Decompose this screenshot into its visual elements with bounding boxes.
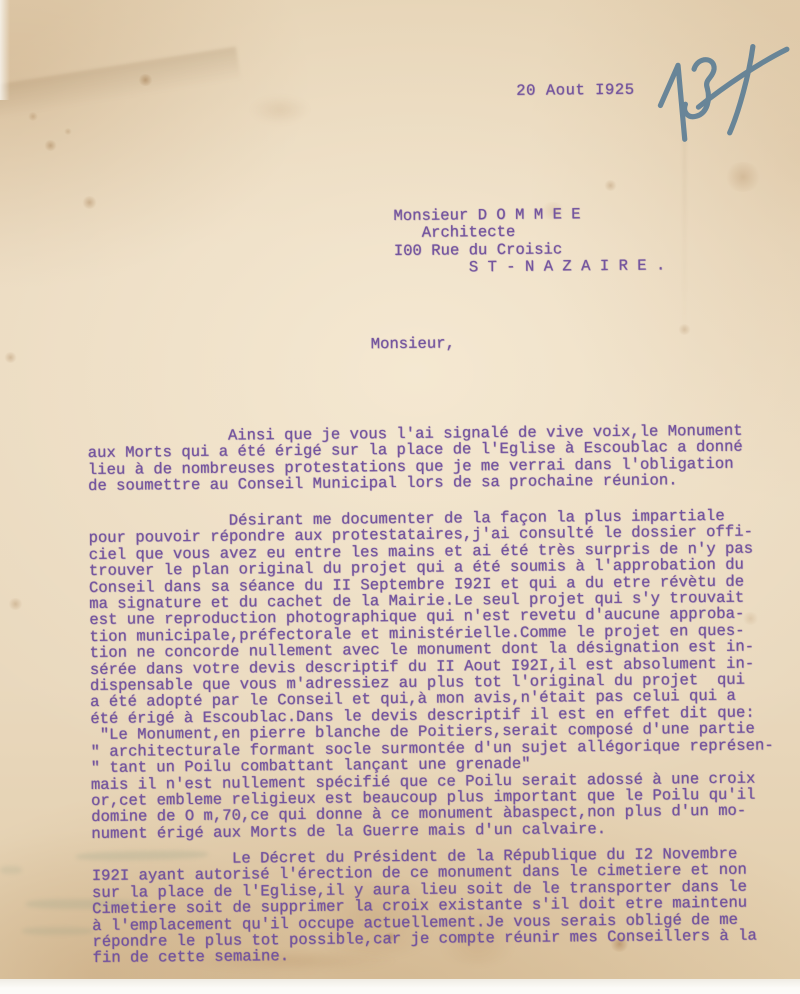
date-line: 20 Aout I925 [516, 82, 634, 100]
recipient-address: Monsieur D O M M E E Architecte I00 Rue … [393, 205, 665, 277]
scan-edge-artifact [0, 0, 10, 100]
paragraph-2: Désirant me documenter de la façon la pl… [88, 507, 774, 842]
paragraph-1: Ainsi que je vous l'ai signalé de vive v… [87, 423, 743, 495]
paper-sheet: 20 Aout I925 Monsieur D O M M E E Archit… [0, 0, 800, 979]
paragraph-3: Le Décret du Président de la République … [92, 846, 757, 967]
letter-content: 20 Aout I925 Monsieur D O M M E E Archit… [0, 0, 800, 983]
salutation: Monsieur, [371, 335, 455, 352]
digit-7-stem-stroke [729, 47, 754, 133]
scanned-letter-page: 20 Aout I925 Monsieur D O M M E E Archit… [0, 0, 800, 994]
handwritten-page-number [632, 22, 793, 146]
scanner-background-strip [0, 979, 800, 994]
digit-1-stroke [660, 65, 685, 139]
